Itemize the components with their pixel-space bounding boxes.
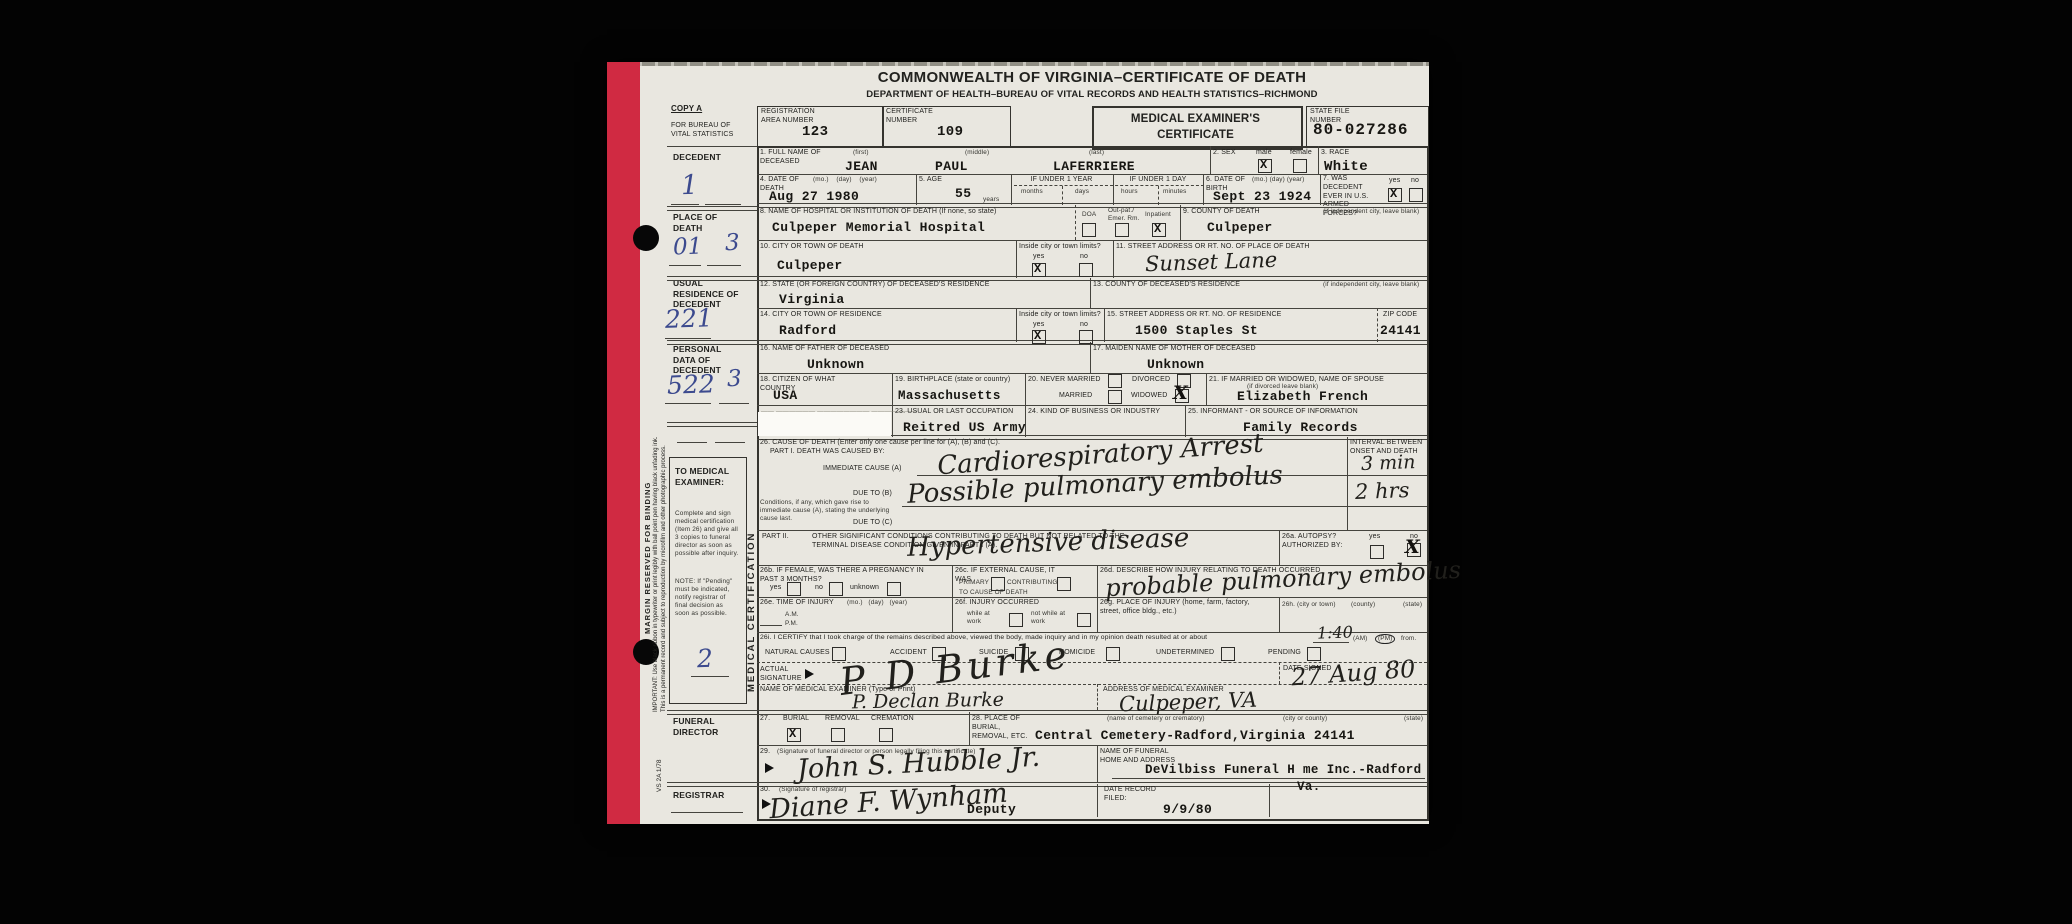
f26b-no-checkbox xyxy=(829,582,843,596)
medical-examiner-line1: MEDICAL EXAMINER'S xyxy=(1092,112,1299,126)
f1-first-hint: (first) xyxy=(853,149,869,157)
f26e-am-label: A.M. xyxy=(785,611,799,619)
certificate-number-label: CERTIFICATE NUMBER xyxy=(886,108,946,126)
burial-checkbox: X xyxy=(787,728,801,742)
f14-yes-checkbox: X xyxy=(1032,330,1046,344)
certificate-title: COMMONWEALTH OF VIRGINIA–CERTIFICATE OF … xyxy=(757,69,1427,88)
examiner-note: Complete and sign medical certification … xyxy=(675,510,739,558)
due-to-b-label: DUE TO (B) xyxy=(853,490,892,499)
scanned-death-certificate: MARGIN RESERVED FOR BINDING IMPORTANT: U… xyxy=(0,0,2072,924)
spouse-value: Elizabeth French xyxy=(1237,389,1368,404)
f26c-primary-label: PRIMARY xyxy=(959,579,989,587)
never-married-label: 20. NEVER MARRIED xyxy=(1028,376,1101,385)
widowed-label: WIDOWED xyxy=(1131,392,1167,401)
margin-code-place-b: 3 xyxy=(725,230,741,256)
side-label-to-examiner: TO MEDICAL EXAMINER: xyxy=(675,466,733,487)
citizen-value: USA xyxy=(773,388,798,403)
f13-label: 13. COUNTY OF DECEASED'S RESIDENCE xyxy=(1093,281,1240,290)
f12-label: 12. STATE (OR FOREIGN COUNTRY) OF DECEAS… xyxy=(760,281,990,290)
sex-male-checkbox: X xyxy=(1258,159,1272,173)
armed-forces-no-label: no xyxy=(1411,177,1419,186)
residence-street-value: 1500 Staples St xyxy=(1135,323,1258,338)
race-value: White xyxy=(1324,159,1368,175)
margin-code-personal-a: 522 xyxy=(667,369,716,400)
outpatient-checkbox xyxy=(1115,223,1129,237)
f29-label: 29. xyxy=(760,748,770,757)
f26f-atwork-label: while at work xyxy=(967,610,997,626)
certificate-paper: MARGIN RESERVED FOR BINDING IMPORTANT: U… xyxy=(607,62,1429,824)
pointer-icon-funeral-director xyxy=(765,763,774,773)
margin-code-personal-b: 3 xyxy=(727,366,743,392)
middle-name-value: PAUL xyxy=(935,159,968,174)
occupation-value: Reitred US Army xyxy=(903,420,1026,435)
f9-label: 9. COUNTY OF DEATH xyxy=(1183,208,1260,217)
removal-checkbox xyxy=(831,728,845,742)
interval-b-handwritten: 2 hrs xyxy=(1355,478,1410,504)
widowed-checkbox: X xyxy=(1175,389,1189,403)
margin-code-residence: 221 xyxy=(665,303,714,334)
margin-code-examiner: 2 xyxy=(696,644,713,674)
f16-label: 16. NAME OF FATHER OF DECEASED xyxy=(760,345,889,354)
divorced-label: DIVORCED xyxy=(1132,376,1170,385)
f28-name-hint: (name of cemetery or crematory) xyxy=(1107,715,1205,723)
margin-important-line2: This is a permanent record and subject t… xyxy=(660,436,668,712)
f28-city-hint: (city or county) xyxy=(1283,715,1327,723)
date-of-death-value: Aug 27 1980 xyxy=(769,189,859,204)
margin-code-decedent: 1 xyxy=(680,170,698,202)
copy-a-label: COPY A xyxy=(671,104,702,114)
last-name-value: LAFERRIERE xyxy=(1053,159,1135,174)
autopsy-yes-checkbox xyxy=(1370,545,1384,559)
f5-label: 5. AGE xyxy=(919,176,942,185)
married-checkbox xyxy=(1108,390,1122,404)
f4-sub: (mo.) (day) (year) xyxy=(813,176,877,184)
f26h-state-label: (state) xyxy=(1403,601,1422,609)
deputy-value: Deputy xyxy=(967,802,1016,817)
f25-label: 25. INFORMANT - OR SOURCE OF INFORMATION xyxy=(1188,408,1358,417)
bureau-label: FOR BUREAU OF VITAL STATISTICS xyxy=(671,122,749,140)
f26e-pm-label: P.M. xyxy=(785,620,798,628)
f27-label: 27. xyxy=(760,715,770,724)
f1-label: 1. FULL NAME OF DECEASED xyxy=(760,149,830,167)
time-of-death-handwritten: 1:40 xyxy=(1317,622,1354,642)
interval-a-handwritten: 3 min xyxy=(1361,451,1416,475)
never-married-checkbox xyxy=(1108,374,1122,388)
f24-label: 24. KIND OF BUSINESS OR INDUSTRY xyxy=(1028,408,1160,417)
f1-middle-hint: (middle) xyxy=(965,149,989,157)
age-value: 55 xyxy=(955,186,971,201)
removal-label: REMOVAL xyxy=(825,715,860,724)
cremation-label: CREMATION xyxy=(871,715,914,724)
mother-name-value: Unknown xyxy=(1147,357,1204,372)
cremation-checkbox xyxy=(879,728,893,742)
f26i-am-label: (AM) xyxy=(1353,635,1367,643)
f14-no-checkbox xyxy=(1079,330,1093,344)
f26f-atwork-checkbox xyxy=(1009,613,1023,627)
side-label-place-of-death: PLACE OF DEATH xyxy=(673,212,728,233)
f10-no-label: no xyxy=(1080,253,1088,262)
birthplace-value: Massachusetts xyxy=(898,389,1001,403)
homicide-checkbox xyxy=(1106,647,1120,661)
f26c-contributing-checkbox xyxy=(1057,577,1071,591)
outpatient-label: Out-pat./ Emer. Rm. xyxy=(1108,207,1144,223)
f13-hint: (if independent city, leave blank) xyxy=(1323,281,1419,289)
side-label-decedent: DECEDENT xyxy=(673,152,721,163)
autopsy-no-checkbox: X xyxy=(1407,543,1421,557)
margin-code-place-a: 01 xyxy=(673,233,703,260)
months-label: months xyxy=(1021,188,1043,196)
f28-state-hint: (state) xyxy=(1404,715,1423,723)
hospital-value: Culpeper Memorial Hospital xyxy=(772,220,985,235)
pending-note: NOTE: If "Pending" must be indicated, no… xyxy=(675,578,739,618)
punch-hole-top xyxy=(633,225,659,251)
perforation-edge xyxy=(607,62,1429,66)
f26c-tail-label: TO CAUSE OF DEATH xyxy=(959,589,1028,597)
minutes-label: minutes xyxy=(1163,188,1186,196)
armed-forces-no-checkbox xyxy=(1409,188,1423,202)
f14-label: 14. CITY OR TOWN OF RESIDENCE xyxy=(760,311,882,320)
state-file-value: 80-027286 xyxy=(1313,121,1408,139)
f2-label: 2. SEX xyxy=(1213,149,1236,158)
medical-certification-vertical-label: MEDICAL CERTIFICATION xyxy=(746,532,757,692)
f26b-unknown-label: unknown xyxy=(850,584,879,593)
f21-label: 21. IF MARRIED OR WIDOWED, NAME OF SPOUS… xyxy=(1209,376,1429,385)
date-filed-label: DATE RECORD FILED: xyxy=(1104,786,1164,804)
sex-female-label: female xyxy=(1290,149,1312,158)
city-of-death-value: Culpeper xyxy=(777,258,843,273)
zip-label: ZIP CODE xyxy=(1383,311,1417,320)
f9-hint: (if independent city, leave blank) xyxy=(1323,208,1419,216)
actual-signature-label: ACTUAL SIGNATURE xyxy=(760,666,802,684)
side-label-registrar: REGISTRAR xyxy=(673,790,724,801)
side-label-funeral-director: FUNERAL DIRECTOR xyxy=(673,716,733,737)
sex-male-label: male xyxy=(1256,149,1272,158)
f26c-contributing-label: CONTRIBUTING xyxy=(1007,579,1057,587)
married-label: MARRIED xyxy=(1059,392,1092,401)
days-label: days xyxy=(1075,188,1089,196)
certificate-number-value: 109 xyxy=(937,124,963,140)
registration-area-label: REGISTRATION AREA NUMBER xyxy=(761,108,831,126)
f26b-yes-label: yes xyxy=(770,584,781,593)
f26b-yes-checkbox xyxy=(787,582,801,596)
f10-limits-label: Inside city or town limits? xyxy=(1019,243,1107,252)
binding-margin-strip xyxy=(607,62,640,824)
sex-female-checkbox xyxy=(1293,159,1307,173)
funeral-home-state-value: Va. xyxy=(1297,780,1321,794)
medical-examiner-line2: CERTIFICATE xyxy=(1092,128,1299,142)
hours-label: hours xyxy=(1121,188,1138,196)
doa-label: DOA xyxy=(1082,211,1096,219)
f26h-city-label: 26h. (city or town) xyxy=(1282,601,1336,609)
natural-causes-label: NATURAL CAUSES xyxy=(765,649,830,658)
inpatient-checkbox: X xyxy=(1152,223,1166,237)
immediate-cause-label: IMMEDIATE CAUSE (A) xyxy=(823,465,902,474)
examiner-address-handwritten: Culpeper, VA xyxy=(1119,688,1258,717)
inpatient-label: Inpatient xyxy=(1145,211,1171,219)
f10-yes-label: yes xyxy=(1033,253,1044,262)
county-of-death-value: Culpeper xyxy=(1207,220,1273,235)
under-1-day-label: IF UNDER 1 DAY xyxy=(1116,176,1200,185)
burial-label: BURIAL xyxy=(783,715,809,724)
f6-sub: (mo.) (day) (year) xyxy=(1252,176,1318,184)
f26i-from-label: from. xyxy=(1401,635,1416,643)
f1-last-hint: (last) xyxy=(1089,149,1104,157)
residence-city-value: Radford xyxy=(779,323,836,338)
f14-limits-label: Inside city or town limits? xyxy=(1019,311,1107,320)
f26-part1-label: PART I. DEATH WAS CAUSED BY: xyxy=(770,448,885,457)
f10-no-checkbox xyxy=(1079,263,1093,277)
pending-checkbox xyxy=(1307,647,1321,661)
residence-state-value: Virginia xyxy=(779,292,845,307)
pending-label: PENDING xyxy=(1268,649,1301,658)
armed-forces-yes-label: yes xyxy=(1389,177,1400,186)
date-of-birth-value: Sept 23 1924 xyxy=(1213,189,1311,204)
form-code: VS 2A 1/78 xyxy=(656,759,663,792)
first-name-value: JEAN xyxy=(845,159,878,174)
f8-label: 8. NAME OF HOSPITAL OR INSTITUTION OF DE… xyxy=(760,208,1070,217)
undetermined-label: UNDETERMINED xyxy=(1156,649,1214,658)
zip-value: 24141 xyxy=(1380,323,1421,338)
f26b-no-label: no xyxy=(815,584,823,593)
f26g-label: 26g. PLACE OF INJURY (home, farm, factor… xyxy=(1100,599,1260,617)
f26a-label: 26a. AUTOPSY? AUTHORIZED BY: xyxy=(1282,533,1344,551)
f26f-notatwork-checkbox xyxy=(1077,613,1091,627)
street-of-death-handwritten: Sunset Lane xyxy=(1145,248,1278,277)
examiner-name-handwritten: P. Declan Burke xyxy=(852,689,1004,714)
autopsy-yes-label: yes xyxy=(1369,533,1380,542)
f26b-unknown-checkbox xyxy=(887,582,901,596)
registration-area-value: 123 xyxy=(802,124,828,140)
margin-binding-text: MARGIN RESERVED FOR BINDING xyxy=(643,482,652,634)
date-filed-value: 9/9/80 xyxy=(1163,802,1212,817)
age-unit: years xyxy=(983,196,999,204)
certificate-subtitle: DEPARTMENT OF HEALTH–BUREAU OF VITAL REC… xyxy=(757,89,1427,101)
f26e-label: 26e. TIME OF INJURY xyxy=(760,599,834,608)
f19-label: 19. BIRTHPLACE (state or country) xyxy=(895,376,1020,385)
ssn-redaction-box xyxy=(758,412,891,436)
undetermined-checkbox xyxy=(1221,647,1235,661)
armed-forces-yes-checkbox: X xyxy=(1388,188,1402,202)
f10-yes-checkbox: X xyxy=(1032,263,1046,277)
father-name-value: Unknown xyxy=(807,357,864,372)
f3-label: 3. RACE xyxy=(1321,149,1349,158)
f10-label: 10. CITY OR TOWN OF DEATH xyxy=(760,243,864,252)
f26f-notatwork-label: not while at work xyxy=(1031,610,1069,626)
part2-label: PART II. xyxy=(762,533,789,542)
doa-checkbox xyxy=(1082,223,1096,237)
f15-label: 15. STREET ADDRESS OR RT. NO. OF RESIDEN… xyxy=(1107,311,1281,320)
due-to-c-label: DUE TO (C) xyxy=(853,519,892,528)
funeral-home-value: DeVilbiss Funeral H me Inc.-Radford xyxy=(1145,763,1422,777)
f17-label: 17. MAIDEN NAME OF MOTHER OF DECEASED xyxy=(1093,345,1256,354)
place-of-burial-value: Central Cemetery-Radford,Virginia 24141 xyxy=(1035,728,1355,743)
f23-label: 23. USUAL OR LAST OCCUPATION xyxy=(895,408,1013,417)
f14-no-label: no xyxy=(1080,321,1088,330)
margin-important-line1: IMPORTANT: Use black ribbon in typewrite… xyxy=(652,436,660,712)
pointer-icon-signature xyxy=(805,669,814,679)
f26e-sub: (mo.) (day) (year) xyxy=(847,599,907,607)
f28-label: 28. PLACE OF BURIAL, REMOVAL, ETC. xyxy=(972,715,1030,741)
under-1-year-label: IF UNDER 1 YEAR xyxy=(1014,176,1109,185)
f26h-county-label: (county) xyxy=(1351,601,1375,609)
f26f-label: 26f. INJURY OCCURRED xyxy=(955,599,1039,608)
